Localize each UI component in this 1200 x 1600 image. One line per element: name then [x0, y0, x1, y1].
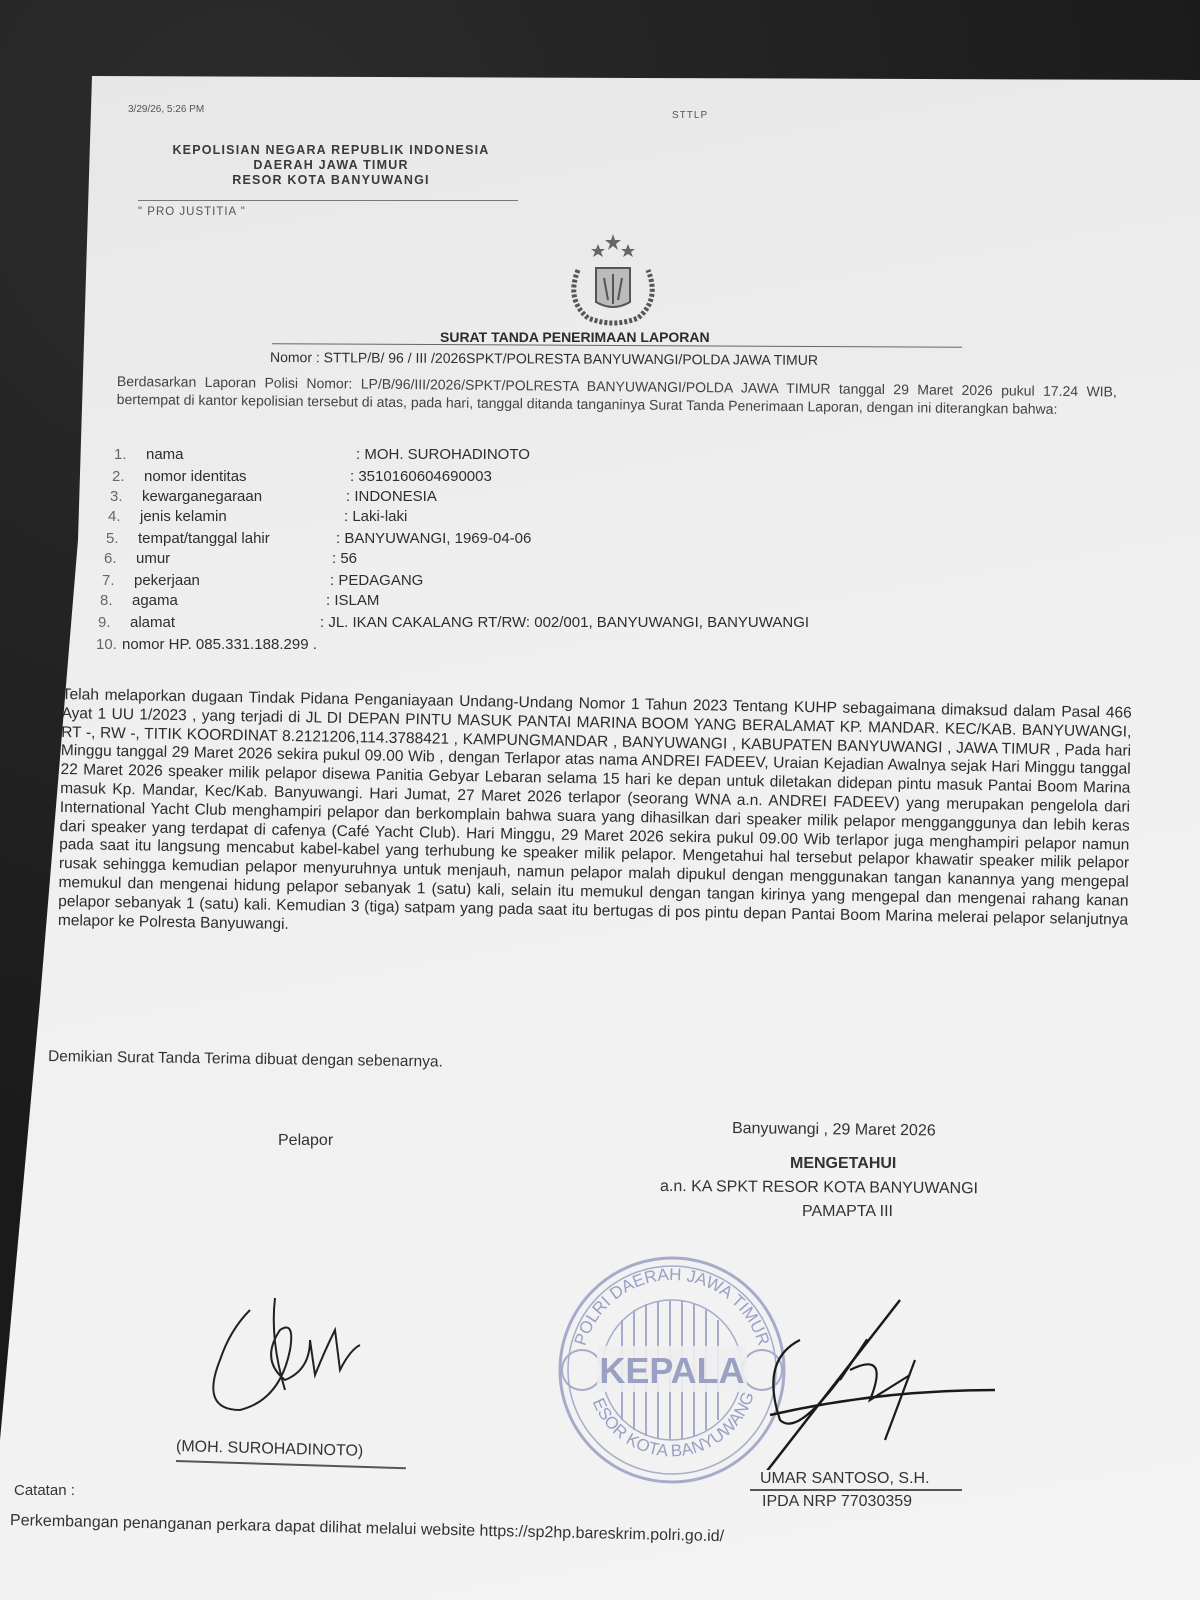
- officer-position: PAMAPTA III: [802, 1203, 893, 1221]
- field-label: nomor HP. 085.331.188.299 .: [122, 636, 317, 653]
- officer-name: UMAR SANTOSO, S.H.: [760, 1470, 930, 1488]
- field-label: nomor identitas: [144, 468, 247, 485]
- field-number: 5.: [106, 530, 132, 547]
- note-text: Perkembangan penanganan perkara dapat di…: [10, 1512, 724, 1546]
- field-number: 1.: [114, 446, 140, 463]
- field-label: pekerjaan: [134, 572, 200, 589]
- polri-emblem-icon: [558, 230, 668, 330]
- field-number: 9.: [98, 614, 124, 631]
- field-number: 10.: [96, 636, 122, 653]
- approve-label: MENGETAHUI: [790, 1155, 896, 1173]
- agency-line-1: KEPOLISIAN NEGARA REPUBLIK INDONESIA: [146, 143, 516, 158]
- field-number: 7.: [102, 572, 128, 589]
- document-title: SURAT TANDA PENERIMAAN LAPORAN: [440, 329, 710, 345]
- officer-name-underline: [750, 1489, 962, 1491]
- agency-header: KEPOLISIAN NEGARA REPUBLIK INDONESIA DAE…: [146, 143, 516, 188]
- document-page: 3/29/26, 5:26 PM STTLP KEPOLISIAN NEGARA…: [0, 0, 1200, 1600]
- note-label: Catatan :: [14, 1482, 75, 1499]
- field-label: tempat/tanggal lahir: [138, 530, 270, 547]
- stamp-center-text: KEPALA: [599, 1350, 744, 1391]
- on-behalf-of: a.n. KA SPKT RESOR KOTA BANYUWANGI: [660, 1178, 978, 1198]
- field-label: agama: [132, 592, 178, 609]
- pro-justitia: " PRO JUSTITIA ": [138, 206, 246, 218]
- field-value: : MOH. SUROHADINOTO: [356, 446, 530, 463]
- officer-nrp: IPDA NRP 77030359: [762, 1493, 912, 1511]
- field-number: 8.: [100, 592, 126, 609]
- agency-line-3: RESOR KOTA BANYUWANGI: [146, 173, 516, 188]
- field-value: : 56: [332, 550, 357, 567]
- field-label: alamat: [130, 614, 175, 631]
- field-value: : Laki-laki: [344, 508, 407, 525]
- field-value: : INDONESIA: [346, 488, 437, 505]
- field-value: : PEDAGANG: [330, 572, 423, 589]
- officer-signature-icon: [740, 1290, 1000, 1470]
- incident-narrative: Telah melaporkan dugaan Tindak Pidana Pe…: [58, 686, 1132, 949]
- field-number: 2.: [112, 468, 138, 485]
- reporter-name-underline: [176, 1460, 406, 1469]
- field-value: : ISLAM: [326, 592, 379, 609]
- print-timestamp: 3/29/26, 5:26 PM: [128, 104, 204, 115]
- header-divider: [138, 200, 518, 201]
- reporter-label: Pelapor: [278, 1132, 333, 1150]
- field-label: kewarganegaraan: [142, 488, 262, 505]
- reporter-signature-icon: [190, 1290, 370, 1430]
- field-number: 6.: [104, 550, 130, 567]
- intro-paragraph: Berdasarkan Laporan Polisi Nomor: LP/B/9…: [117, 372, 1117, 418]
- reporter-name: (MOH. SUROHADINOTO): [176, 1438, 364, 1461]
- field-label: jenis kelamin: [140, 508, 227, 525]
- print-code: STTLP: [672, 110, 708, 121]
- field-number: 4.: [108, 508, 134, 525]
- field-value: : BANYUWANGI, 1969-04-06: [336, 530, 531, 547]
- closing-statement: Demikian Surat Tanda Terima dibuat denga…: [48, 1048, 443, 1072]
- place-date: Banyuwangi , 29 Maret 2026: [732, 1120, 936, 1140]
- field-value: : 3510160604690003: [350, 468, 492, 485]
- field-value: : JL. IKAN CAKALANG RT/RW: 002/001, BANY…: [320, 614, 809, 631]
- field-number: 3.: [110, 488, 136, 505]
- agency-line-2: DAERAH JAWA TIMUR: [146, 158, 516, 173]
- document-number: Nomor : STTLP/B/ 96 / III /2026SPKT/POLR…: [270, 349, 818, 368]
- field-label: umur: [136, 550, 170, 567]
- field-label: nama: [146, 446, 184, 463]
